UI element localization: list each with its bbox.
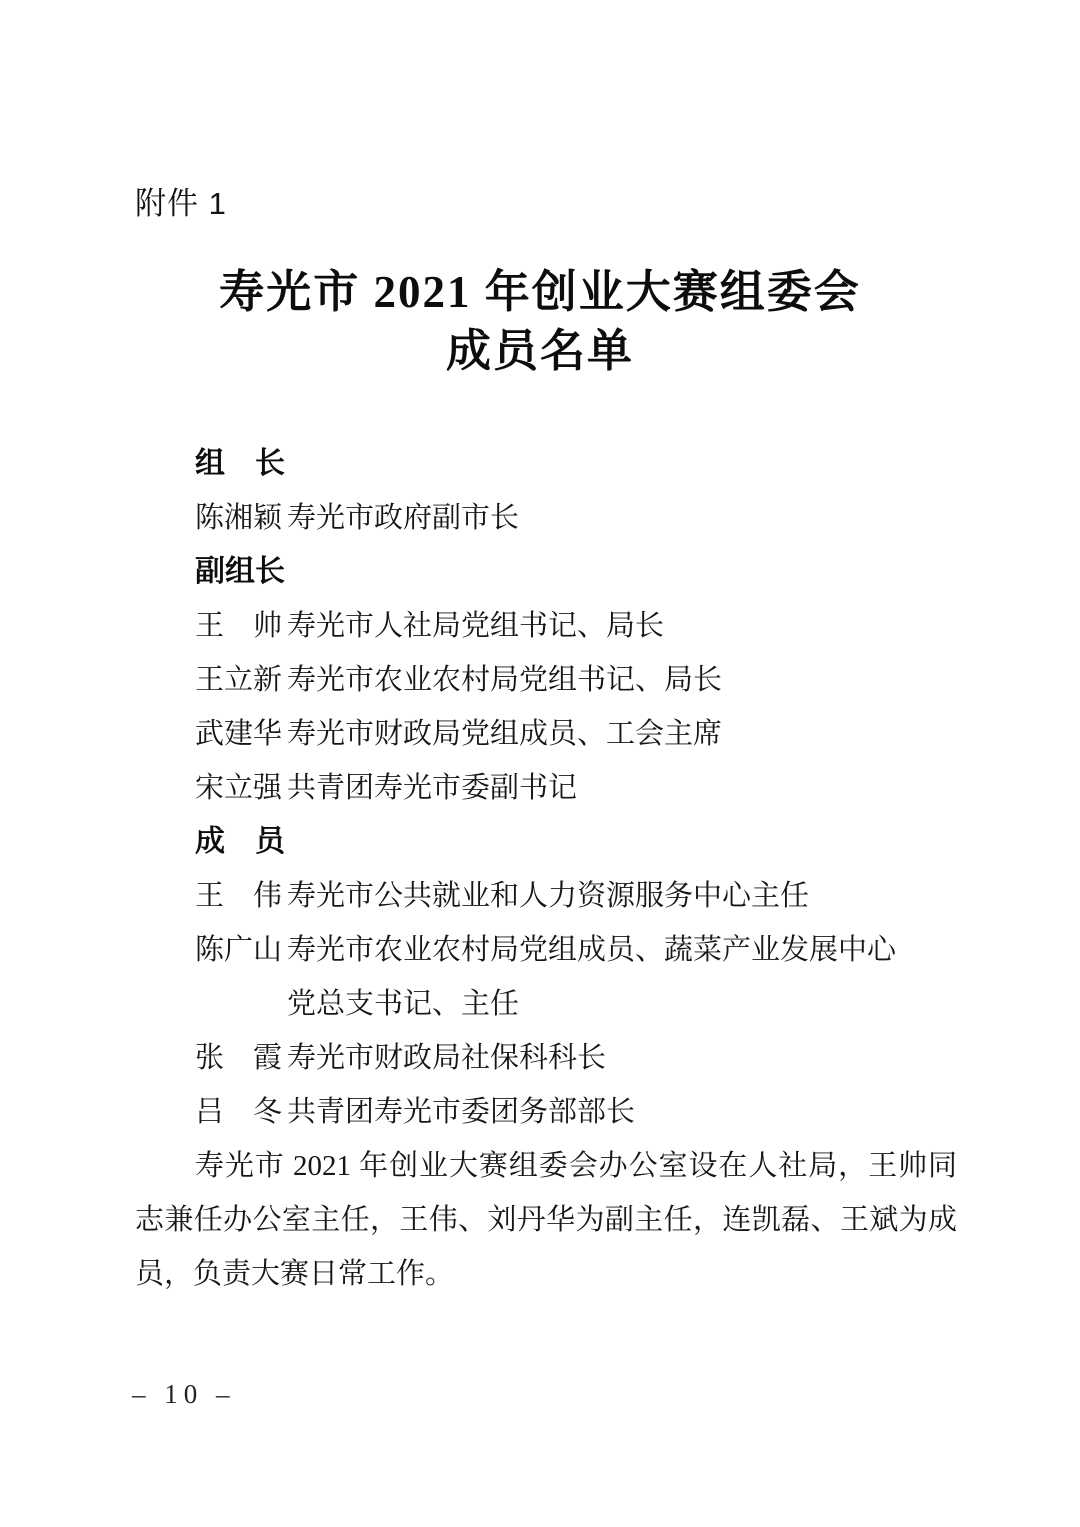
member-name: 吕 冬 [195,1085,287,1139]
member-name: 陈湘颖 [195,491,287,545]
section-heading-leader: 组 长 [195,437,957,491]
document-title-line1: 寿光市 2021 年创业大赛组委会 [219,267,861,317]
page-number: – 10 – [132,1379,236,1410]
document-body: 组 长 陈湘颖 寿光市政府副市长 副组长 王 帅 寿光市人社局党组书记、局长 王… [135,437,957,1301]
member-title: 寿光市公共就业和人力资源服务中心主任 [287,869,957,923]
member-title: 寿光市人社局党组书记、局长 [287,599,957,653]
member-name: 陈广山 [195,923,287,977]
section-heading-deputy: 副组长 [195,545,957,599]
member-name: 宋立强 [195,761,287,815]
member-title: 寿光市政府副市长 [287,491,957,545]
member-name: 张 霞 [195,1031,287,1085]
document-title: 寿光市 2021 年创业大赛组委会 成员名单 [0,263,1080,381]
member-row: 王 帅 寿光市人社局党组书记、局长 [195,599,957,653]
member-row: 吕 冬 共青团寿光市委团务部部长 [195,1085,957,1139]
member-row: 宋立强 共青团寿光市委副书记 [195,761,957,815]
committee-roster: 组 长 陈湘颖 寿光市政府副市长 副组长 王 帅 寿光市人社局党组书记、局长 王… [135,437,957,1139]
member-name: 王 帅 [195,599,287,653]
member-name: 王 伟 [195,869,287,923]
member-title: 寿光市财政局社保科科长 [287,1031,957,1085]
member-title: 共青团寿光市委团务部部长 [287,1085,957,1139]
member-title: 寿光市农业农村局党组书记、局长 [287,653,957,707]
member-name: 武建华 [195,707,287,761]
member-row: 陈湘颖 寿光市政府副市长 [195,491,957,545]
closing-paragraph: 寿光市 2021 年创业大赛组委会办公室设在人社局，王帅同志兼任办公室主任，王伟… [135,1139,957,1301]
member-row: 武建华 寿光市财政局党组成员、工会主席 [195,707,957,761]
member-title-line1: 寿光市农业农村局党组成员、蔬菜产业发展中心 [287,923,957,977]
member-row: 王 伟 寿光市公共就业和人力资源服务中心主任 [195,869,957,923]
attachment-label: 附件 1 [135,178,227,223]
member-row: 王立新 寿光市农业农村局党组书记、局长 [195,653,957,707]
member-title-line2: 党总支书记、主任 [287,977,957,1031]
member-title: 寿光市农业农村局党组成员、蔬菜产业发展中心 党总支书记、主任 [287,923,957,1031]
document-page: 附件 1 寿光市 2021 年创业大赛组委会 成员名单 组 长 陈湘颖 寿光市政… [0,0,1080,1527]
member-title: 寿光市财政局党组成员、工会主席 [287,707,957,761]
document-title-line2: 成员名单 [446,326,634,376]
member-title: 共青团寿光市委副书记 [287,761,957,815]
member-row: 陈广山 寿光市农业农村局党组成员、蔬菜产业发展中心 党总支书记、主任 [195,923,957,1031]
member-row: 张 霞 寿光市财政局社保科科长 [195,1031,957,1085]
member-name: 王立新 [195,653,287,707]
section-heading-member: 成 员 [195,815,957,869]
